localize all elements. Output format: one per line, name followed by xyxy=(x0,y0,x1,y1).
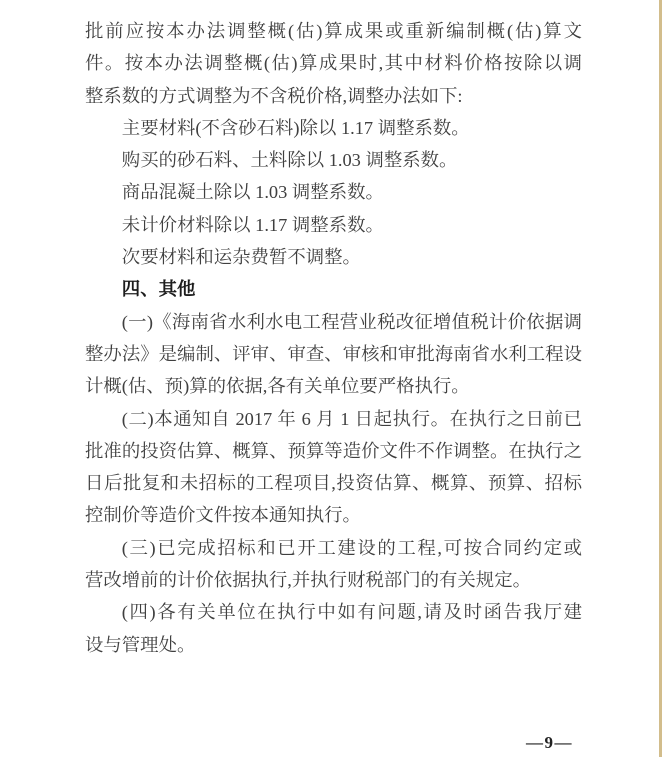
right-edge-rule xyxy=(659,0,662,757)
body-line: 控制价等造价文件按本通知执行。 xyxy=(85,499,582,531)
body-line: 商品混凝土除以 1.03 调整系数。 xyxy=(85,176,582,208)
body-line: (二)本通知自 2017 年 6 月 1 日起执行。在执行之日前已 xyxy=(85,403,582,435)
body-line: 批前应按本办法调整概(估)算成果或重新编制概(估)算文 xyxy=(85,15,582,47)
body-line: 未计价材料除以 1.17 调整系数。 xyxy=(85,209,582,241)
document-body: 批前应按本办法调整概(估)算成果或重新编制概(估)算文 件。按本办法调整概(估)… xyxy=(85,15,582,661)
body-line: 营改增前的计价依据执行,并执行财税部门的有关规定。 xyxy=(85,564,582,596)
body-line: 批准的投资估算、概算、预算等造价文件不作调整。在执行之 xyxy=(85,435,582,467)
body-line: (一)《海南省水利水电工程营业税改征增值税计价依据调 xyxy=(85,306,582,338)
body-line: 计概(估、预)算的依据,各有关单位要严格执行。 xyxy=(85,370,582,402)
body-line: 购买的砂石料、土料除以 1.03 调整系数。 xyxy=(85,144,582,176)
body-line: 次要材料和运杂费暂不调整。 xyxy=(85,241,582,273)
body-line: 整系数的方式调整为不含税价格,调整办法如下: xyxy=(85,80,582,112)
section-heading: 四、其他 xyxy=(85,273,582,305)
body-line: 整办法》是编制、评审、审查、审核和审批海南省水利工程设 xyxy=(85,338,582,370)
body-line: (三)已完成招标和已开工建设的工程,可按合同约定或 xyxy=(85,532,582,564)
body-line: 主要材料(不含砂石料)除以 1.17 调整系数。 xyxy=(85,112,582,144)
page-number: —9— xyxy=(526,733,586,753)
body-line: (四)各有关单位在执行中如有问题,请及时函告我厅建 xyxy=(85,596,582,628)
body-line: 日后批复和未招标的工程项目,投资估算、概算、预算、招标 xyxy=(85,467,582,499)
document-page: 批前应按本办法调整概(估)算成果或重新编制概(估)算文 件。按本办法调整概(估)… xyxy=(0,0,667,757)
body-line: 设与管理处。 xyxy=(85,629,582,661)
body-line: 件。按本办法调整概(估)算成果时,其中材料价格按除以调 xyxy=(85,47,582,79)
